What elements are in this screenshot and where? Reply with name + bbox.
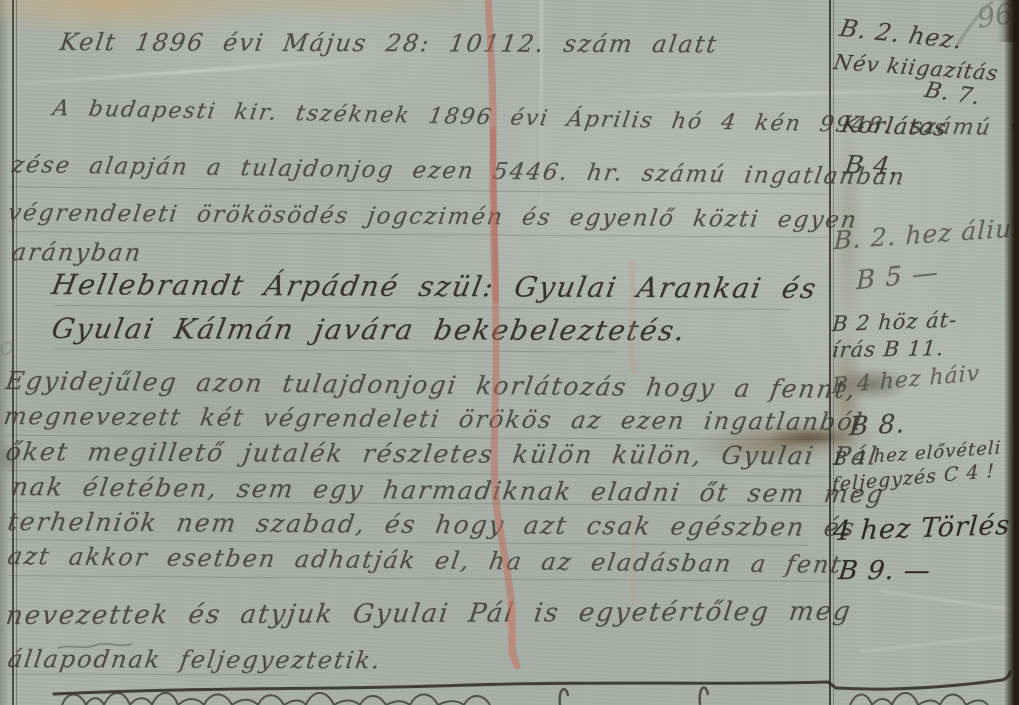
paper-crease [860,634,1019,653]
margin-note: Név kiigazítás [832,50,1001,85]
margin-note: B 9. — [837,556,933,586]
margin-note: írás B 11. [831,336,945,362]
scan-edge-shadow [1004,0,1019,705]
entry-line-names: Hellebrandt Árpádné szül: Gyulai Arankai… [49,268,820,305]
left-margin-rule [12,0,14,705]
margin-note: 4 hez Törlés [832,510,1012,547]
margin-note: B 5 — [856,257,939,296]
entry-line: Egyidejűleg azon tulajdonjogi korlátozás… [4,366,859,404]
next-entry-partial-strokes [850,693,988,705]
scan-edge-corner [998,0,1019,42]
entry-line: megnevezett két végrendeleti örökös az e… [2,402,866,436]
margin-note: B 8. [848,409,906,442]
entry-line: arányban [10,238,144,267]
page-corner-discoloration [180,0,510,24]
baseline-guide [55,305,790,310]
entry-line-names: Gyulai Kálmán javára bekebeleztetés. [49,312,689,347]
entry-line: végrendeleti örökösödés jogczimén és egy… [6,200,860,233]
entry-line: terhelniök nem szabad, és hogy azt csak … [6,507,858,542]
margin-note: B 4 hez háiv [832,361,981,399]
paper-crease [0,55,400,87]
scan-edge-left-shading [0,0,9,705]
margin-note: B 2 höz át- [831,308,958,336]
margin-note: Korlátos [839,112,948,142]
baseline-guide [55,349,615,353]
entry-line: azt akkor esetben adhatják el, ha az ela… [6,542,845,579]
entry-separator-line [54,672,1010,694]
entry-line: nak életében, sem egy harmadiknak eladni… [10,472,887,509]
entry-line: őket megillető jutalék részletes külön k… [4,437,881,471]
scanned-document-page: Kelt 1896 évi Május 28: 10112. szám alat… [0,0,1019,705]
next-entry-partial-strokes [560,687,708,705]
next-entry-partial-strokes [62,693,490,705]
margin-note: B 4. [843,150,901,181]
paper-crease [881,590,1019,611]
entry-line: zése alapján a tulajdonjog ezen 5446. hr… [10,152,908,190]
margin-note: B. 2. hez. [837,14,966,54]
entry-line: Kelt 1896 évi Május 28: 10112. szám alat… [58,28,720,58]
left-margin-rule-double [16,0,17,705]
entry-line: állapodnak feljegyeztetik. [6,645,384,674]
entry-line: nevezettek és atyjuk Gyulai Pál is egyet… [4,597,854,631]
margin-note: B. 2. hez álius [833,213,1019,256]
baseline-guide [8,231,828,238]
